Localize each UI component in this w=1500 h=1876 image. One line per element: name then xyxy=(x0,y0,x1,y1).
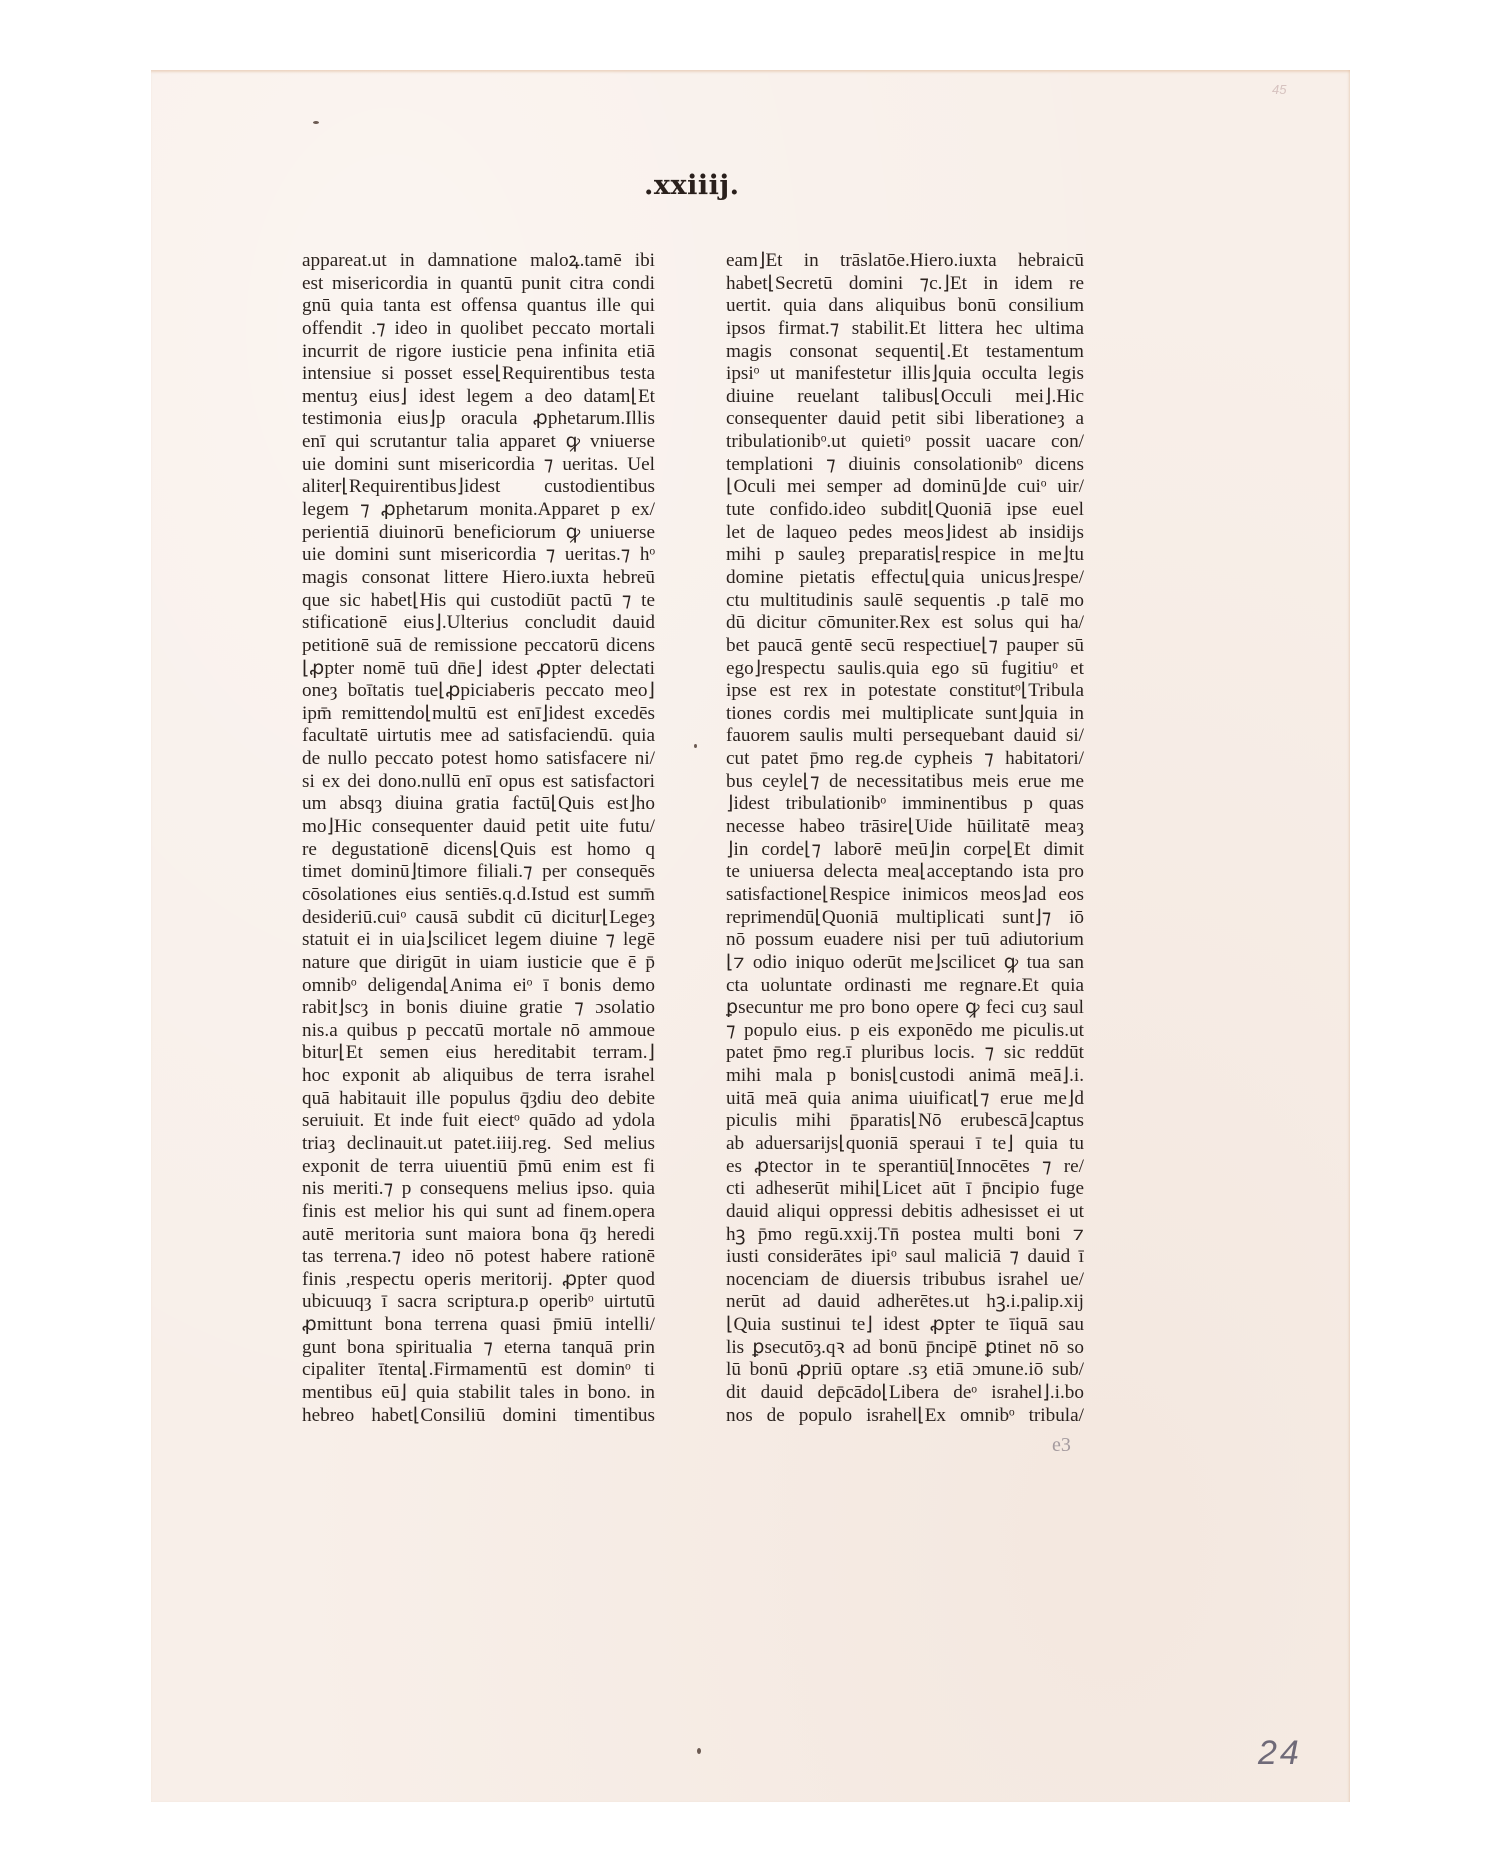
right-column-line: tute confido.ideo subdit⌊Quoniā ipse eue… xyxy=(726,499,1084,522)
left-column-line: omnibᵒ deligenda⌊Anima eiᵒ ī bonis demo xyxy=(302,975,655,998)
left-column-line: quā habitauit ille populus q̄ȝdiu deo de… xyxy=(302,1088,655,1111)
right-column-line: ipsos firmat.⁊ stabilit.Et littera hec u… xyxy=(726,318,1084,341)
left-column-line: aliter⌊Requirentibus⌋idest custodientibu… xyxy=(302,476,655,499)
left-column-line: offendit .⁊ ideo in quolibet peccato mor… xyxy=(302,318,655,341)
left-column-line: exponit de terra uiuentiū p̄mū enim est … xyxy=(302,1156,655,1179)
left-column-line: re degustationē dicens⌊Quis est homo q xyxy=(302,839,655,862)
left-column-line: cōsolationes eius sentiēs.q.d.Istud est … xyxy=(302,884,655,907)
left-column-line: desideriū.cuiᵒ causā subdit cū dicitur⌊L… xyxy=(302,907,655,930)
right-column-line: dauid aliqui oppressi debitis adhesisset… xyxy=(726,1201,1084,1224)
left-column-line: uie domini sunt misericordia ⁊ ueritas. … xyxy=(302,454,655,477)
right-column-line: piculis mihi p̄paratis⌊Nō erubescā⌋captu… xyxy=(726,1110,1084,1133)
right-column-line: ipse est rex in potestate constitutᵒ⌊Tri… xyxy=(726,680,1084,703)
right-column-line: habet⌊Secretū domini ⁊c.⌋Et in idem re xyxy=(726,273,1084,296)
left-column-line: cipaliter ītenta⌊.Firmamentū est dominᵒ … xyxy=(302,1359,655,1382)
left-column-line: de nullo peccato potest homo satisfacere… xyxy=(302,748,655,771)
left-column-line: um absqȝ diuina gratia factū⌊Quis est⌋ho xyxy=(302,793,655,816)
left-column-line: enī qui scrutantur talia apparet ꝙ vniue… xyxy=(302,431,655,454)
pencil-note-bottom: 24 xyxy=(1258,1734,1302,1773)
right-column-line: satisfactione⌊Respice inimicos meos⌋ad e… xyxy=(726,884,1084,907)
right-column-line: templationi ⁊ diuinis consolationibᵒ dic… xyxy=(726,454,1084,477)
left-column-line: autē meritoria sunt maiora bona q̄ȝ here… xyxy=(302,1224,655,1247)
left-column-line: gnū quia tanta est offensa quantus ille … xyxy=(302,295,655,318)
right-column-line: fauorem saulis multi persequebant dauid … xyxy=(726,725,1084,748)
right-column-line: ⌊⁊ odio iniquo oderūt me⌋scilicet ꝙ tua … xyxy=(726,952,1084,975)
left-column-line: incurrit de rigore iusticie pena infinit… xyxy=(302,341,655,364)
left-column-line: petitionē suā de remissione peccatorū di… xyxy=(302,635,655,658)
right-column-line: ego⌋respectu saulis.quia ego sū fugitiuᵒ… xyxy=(726,658,1084,681)
left-column-line: intensiue si posset esse⌊Requirentibus t… xyxy=(302,363,655,386)
right-column-line: mihi mala p bonis⌊custodi animā meā⌋.i. xyxy=(726,1065,1084,1088)
right-column-line: es ꝓtector in te sperantiū⌊Innocētes ⁊ r… xyxy=(726,1156,1084,1179)
right-column-line: ctu multitudinis saulē sequentis .p talē… xyxy=(726,590,1084,613)
ink-speck xyxy=(697,1748,701,1754)
right-column-line: hꝫ p̄mo regū.xxij.Tn̄ postea multi boni … xyxy=(726,1224,1084,1247)
left-column-line: ipm̄ remittendo⌊multū est enī⌋idest exce… xyxy=(302,703,655,726)
right-column-line: tiones cordis mei multiplicate sunt⌋quia… xyxy=(726,703,1084,726)
right-column-line: te uniuersa delecta mea⌊acceptando ista … xyxy=(726,861,1084,884)
left-column-line: uie domini sunt misericordia ⁊ ueritas.⁊… xyxy=(302,544,655,567)
left-column-line: nis.a quibus p peccatū mortale nō ammoue xyxy=(302,1020,655,1043)
left-column-line: ubicuuqȝ ī sacra scriptura.p operibᵒ uir… xyxy=(302,1291,655,1314)
right-column-line: domine pietatis effectu⌊quia unicus⌋resp… xyxy=(726,567,1084,590)
left-column-line: triaȝ declinauit.ut patet.iiij.reg. Sed … xyxy=(302,1133,655,1156)
folio-number: .xxiiij. xyxy=(644,170,740,201)
ink-speck xyxy=(313,121,319,124)
right-column-line: ⁊ populo eius. p eis exponēdo me piculis… xyxy=(726,1020,1084,1043)
left-column-line: stificationē eius⌋.Ulterius concludit da… xyxy=(302,612,655,635)
right-column-line: nō possum euadere nisi per tuū adiutoriu… xyxy=(726,929,1084,952)
right-column-line: cti adheserūt mihi⌊Licet aūt ī p̄ncipio … xyxy=(726,1178,1084,1201)
left-column-line: si ex dei dono.nullū enī opus est satisf… xyxy=(302,771,655,794)
left-column-line: oneȝ boītatis tue⌊ꝓpiciaberis peccato me… xyxy=(302,680,655,703)
left-column-line: legem ⁊ ꝓphetarum monita.Apparet p ex/ xyxy=(302,499,655,522)
left-column-line: gunt bona spiritualia ⁊ eterna tanquā pr… xyxy=(302,1337,655,1360)
right-column-line: nerūt ad dauid adherētes.ut hꝫ.i.palip.x… xyxy=(726,1291,1084,1314)
right-column-line: consequenter dauid petit sibi liberation… xyxy=(726,408,1084,431)
left-column-line: tas terrena.⁊ ideo nō potest habere rati… xyxy=(302,1246,655,1269)
left-column-line: mentibus eū⌋ quia stabilit tales in bono… xyxy=(302,1382,655,1405)
left-column-line: hoc exponit ab aliquibus de terra israhe… xyxy=(302,1065,655,1088)
right-column-line: diuine reuelant talibus⌊Occuli mei⌋.Hic xyxy=(726,386,1084,409)
right-column-line: patet p̄mo reg.ī pluribus locis. ⁊ sic r… xyxy=(726,1042,1084,1065)
left-column-line: appareat.ut in damnatione maloꝝ.tamē ibi xyxy=(302,250,655,273)
right-column-line: uitā meā quia anima uiuificat⌊⁊ erue me⌋… xyxy=(726,1088,1084,1111)
left-column-line: rabit⌋scȝ in bonis diuine gratie ⁊ ɔsola… xyxy=(302,997,655,1020)
left-column-line: magis consonat littere Hiero.iuxta hebre… xyxy=(302,567,655,590)
left-column-line: ⌊ꝓpter nomē tuū dn̄e⌋ idest ꝓpter delect… xyxy=(302,658,655,681)
ink-speck xyxy=(694,744,697,748)
left-column-line: finis ,respectu operis meritorij. ꝓpter … xyxy=(302,1269,655,1292)
right-column-line: eam⌋Et in trāslatōe.Hiero.iuxta hebraicū xyxy=(726,250,1084,273)
right-column-line: tribulationibᵒ.ut quietiᵒ possit uacare … xyxy=(726,431,1084,454)
right-column-line: nocenciam de diuersis tribubus israhel u… xyxy=(726,1269,1084,1292)
right-column-line: cta uoluntate ordinasti me regnare.Et qu… xyxy=(726,975,1084,998)
right-column-line: necesse habeo trāsire⌊Uide hūilitatē mea… xyxy=(726,816,1084,839)
right-column-line: ⌊Oculi mei semper ad dominū⌋de cuiᵒ uir/ xyxy=(726,476,1084,499)
left-column-line: timet dominū⌋timore filiali.⁊ per conseq… xyxy=(302,861,655,884)
left-column-line: mo⌋Hic consequenter dauid petit uite fut… xyxy=(302,816,655,839)
left-column-line: hebreo habet⌊Consiliū domini timentibus xyxy=(302,1405,655,1428)
right-column-line: uertit. quia dans aliquibus bonū consili… xyxy=(726,295,1084,318)
right-column-line: ꝑsecuntur me pro bono opere ꝙ feci cuȝ s… xyxy=(726,997,1084,1020)
left-column-line: ꝓmittunt bona terrena quasi p̄miū intell… xyxy=(302,1314,655,1337)
left-column-line: nature que dirigūt in uiam iusticie que … xyxy=(302,952,655,975)
left-column-line: facultatē uirtutis mee ad satisfaciendū.… xyxy=(302,725,655,748)
right-column-line: ⌊Quia sustinui te⌋ idest ꝓpter te īiquā … xyxy=(726,1314,1084,1337)
left-column-line: que sic habet⌊His qui custodiūt pactū ⁊ … xyxy=(302,590,655,613)
right-column-line: dit dauid dep̄cādo⌊Libera deᵒ israhel⌋.i… xyxy=(726,1382,1084,1405)
right-column-line: ab aduersarijs⌊quoniā speraui ī te⌋ quia… xyxy=(726,1133,1084,1156)
pencil-note-top: 45 xyxy=(1272,82,1286,97)
left-column-line: nis meriti.⁊ p consequens melius ipso. q… xyxy=(302,1178,655,1201)
left-column-line: perientiā diuinorū beneficiorum ꝙ uniuer… xyxy=(302,522,655,545)
right-column-line: ⌋idest tribulationibᵒ imminentibus p qua… xyxy=(726,793,1084,816)
right-column-line: bet paucā gentē secū respectiue⌊⁊ pauper… xyxy=(726,635,1084,658)
left-column-line: mentuȝ eius⌋ idest legem a deo datam⌊Et xyxy=(302,386,655,409)
text-column-right: eam⌋Et in trāslatōe.Hiero.iuxta hebraicū… xyxy=(726,250,1084,1427)
right-column-line: bus ceyle⌊⁊ de necessitatibus meis erue … xyxy=(726,771,1084,794)
right-column-line: nos de populo israhel⌊Ex omnibᵒ tribula/ xyxy=(726,1405,1084,1428)
right-column-line: cut patet p̄mo reg.de cypheis ⁊ habitato… xyxy=(726,748,1084,771)
right-column-line: reprimendū⌊Quoniā multiplicati sunt⌋⁊ iō xyxy=(726,907,1084,930)
left-column-line: finis est melior his qui sunt ad finem.o… xyxy=(302,1201,655,1224)
left-column-line: statuit ei in uia⌋scilicet legem diuine … xyxy=(302,929,655,952)
right-column-line: iusti considerātes ipiᵒ saul maliciā ⁊ d… xyxy=(726,1246,1084,1269)
right-column-line: dū dicitur cōmuniter.Rex est solus qui h… xyxy=(726,612,1084,635)
right-column-line: ipsiᵒ ut manifestetur illis⌋quia occulta… xyxy=(726,363,1084,386)
left-column-line: testimonia eius⌋p oracula ꝓphetarum.Illi… xyxy=(302,408,655,431)
signature-mark: e3 xyxy=(1052,1434,1071,1457)
right-column-line: magis consonat sequenti⌊.Et testamentum xyxy=(726,341,1084,364)
left-column-line: bitur⌊Et semen eius hereditabit terram.⌋ xyxy=(302,1042,655,1065)
text-column-left: appareat.ut in damnatione maloꝝ.tamē ibi… xyxy=(302,250,655,1427)
right-column-line: lū bonū ꝓpriū optare .sȝ etiā ɔmune.iō s… xyxy=(726,1359,1084,1382)
right-column-line: let de laqueo pedes meos⌋idest ab insidi… xyxy=(726,522,1084,545)
right-column-line: ⌋in corde⌊⁊ laborē meū⌋in corpe⌊Et dimit xyxy=(726,839,1084,862)
left-column-line: est misericordia in quantū punit citra c… xyxy=(302,273,655,296)
left-column-line: seruiuit. Et inde fuit eiectᵒ quādo ad y… xyxy=(302,1110,655,1133)
right-column-line: mihi p sauleȝ preparatis⌊respice in me⌋t… xyxy=(726,544,1084,567)
right-column-line: lis ꝑsecutōȝ.qꝛ ad bonū p̄ncipē ꝑtinet n… xyxy=(726,1337,1084,1360)
